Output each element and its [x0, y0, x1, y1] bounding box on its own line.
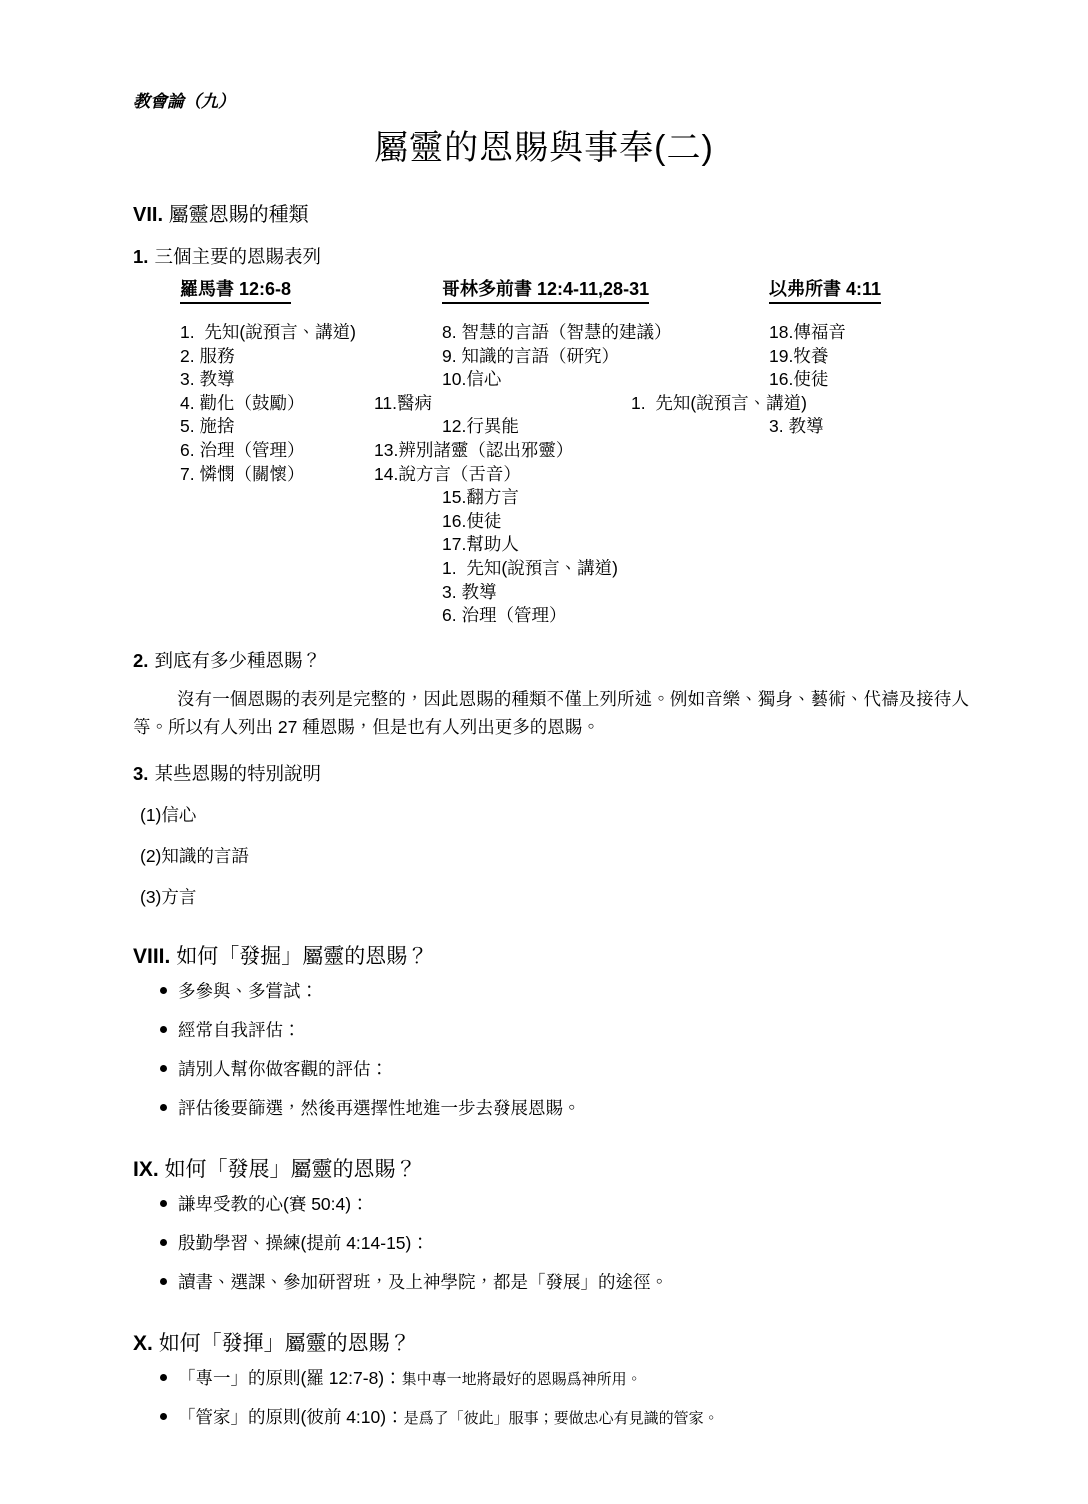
- gift-item: 3. 教導: [769, 415, 1004, 439]
- gift-item: 16.使徒: [769, 368, 1004, 392]
- gift-item: [769, 604, 1004, 628]
- bullet-icon: [160, 1413, 167, 1420]
- table-row: 17.幫助人: [180, 533, 1004, 557]
- gift-item: 3. 教導: [180, 368, 442, 392]
- bullet-item: 殷勤學習、操練(提前 4:14-15)：: [160, 1231, 1004, 1257]
- subsection-heading-1: 1.三個主要的恩賜表列: [133, 244, 1004, 269]
- bullet-item: 「管家」的原則(彼前 4:10)：是爲了「彼此」服事；要做忠心有見識的管家。: [160, 1405, 1004, 1431]
- gift-item: 8. 智慧的言語（智慧的建議）: [442, 321, 769, 345]
- column-header-corinthians: 哥林多前書 12:4-11,28-31: [442, 277, 769, 321]
- table-row: 5. 施捨 12.行異能 3. 教導: [180, 415, 1004, 439]
- document-page: 教會論（九） 屬靈的恩賜與事奉(二) VII. 屬靈恩賜的種類 1.三個主要的恩…: [0, 0, 1088, 1504]
- bullet-icon: [160, 1200, 167, 1207]
- bullet-label: 謙卑受教的心(賽 50:4)：: [178, 1194, 369, 1214]
- bullet-icon: [160, 1104, 167, 1111]
- table-row: 6. 治理（管理） 13.辨別諸靈（認出邪靈）: [180, 439, 1004, 463]
- section-title: 屬靈恩賜的種類: [169, 204, 309, 226]
- bullet-label: 殷勤學習、操練(提前 4:14-15)：: [178, 1233, 429, 1253]
- gift-item: 10.信心: [442, 368, 769, 392]
- gift-item: 2. 服務: [180, 345, 442, 369]
- gift-item: 1. 先知(說預言、講道): [180, 321, 442, 345]
- gift-item: 3. 教導: [442, 581, 769, 605]
- section-numeral: X.: [133, 1332, 153, 1355]
- bullet-label: 「管家」的原則(彼前 4:10)：: [178, 1407, 404, 1427]
- bullet-label: 評估後要篩選，然後再選擇性地進一步去發展恩賜。: [178, 1098, 581, 1118]
- table-row: 6. 治理（管理）: [180, 604, 1004, 628]
- gift-item: [180, 604, 442, 628]
- bullet-list-viii: 多參與、多嘗試： 經常自我評估： 請別人幫你做客觀的評估： 評估後要篩選，然後再…: [160, 979, 1004, 1122]
- gift-item: [180, 557, 442, 581]
- section-numeral: IX.: [133, 1158, 159, 1181]
- gift-item: 17.幫助人: [442, 533, 769, 557]
- gift-item: 14.說方言（舌音）: [374, 463, 769, 487]
- bullet-text: 集中專一地將最好的恩賜爲神所用。: [402, 1371, 642, 1388]
- table-row: 4. 勸化（鼓勵） 11.醫病 1. 先知(說預言、講道): [180, 392, 1004, 416]
- gifts-table: 羅馬書 12:6-8 哥林多前書 12:4-11,28-31 以弗所書 4:11…: [180, 277, 1004, 628]
- note-item: (1)信心: [140, 803, 1004, 827]
- gift-item: 12.行異能: [442, 415, 769, 439]
- bullet-icon: [160, 1026, 167, 1033]
- gift-item: [180, 510, 442, 534]
- gift-item: [769, 581, 1004, 605]
- note-item: (3)方言: [140, 885, 1004, 909]
- bullet-label: 讀書、選課、參加研習班，及上神學院，都是「發展」的途徑。: [178, 1272, 668, 1292]
- column-header-ephesians: 以弗所書 4:11: [769, 277, 1004, 321]
- gift-item: 16.使徒: [442, 510, 769, 534]
- bullet-icon: [160, 1065, 167, 1072]
- column-header-romans: 羅馬書 12:6-8: [180, 277, 442, 321]
- gift-item: 5. 施捨: [180, 415, 442, 439]
- gift-item: 1. 先知(說預言、講道): [631, 392, 1004, 416]
- bullet-item: 評估後要篩選，然後再選擇性地進一步去發展恩賜。: [160, 1096, 1004, 1122]
- subsection-heading-3: 3.某些恩賜的特別說明: [133, 761, 1004, 786]
- section-title: 如何「發展」屬靈的恩賜？: [165, 1158, 417, 1181]
- table-row: 3. 教導: [180, 581, 1004, 605]
- bullet-icon: [160, 1278, 167, 1285]
- subsection-title: 到底有多少種恩賜？: [154, 650, 321, 671]
- table-row: 15.翻方言: [180, 486, 1004, 510]
- gift-item: 6. 治理（管理）: [442, 604, 769, 628]
- numbered-note-list: (1)信心 (2)知識的言語 (3)方言: [140, 803, 1004, 909]
- gift-item: [180, 486, 442, 510]
- section-numeral: VIII.: [133, 945, 170, 968]
- gift-item: [769, 486, 1004, 510]
- subsection-number: 3.: [133, 763, 148, 784]
- bullet-text: 是爲了「彼此」服事；要做忠心有見識的管家。: [404, 1410, 719, 1427]
- section-title: 如何「發掘」屬靈的恩賜？: [176, 945, 428, 968]
- table-row: 16.使徒: [180, 510, 1004, 534]
- page-title: 屬靈的恩賜與事奉(二): [133, 128, 955, 168]
- bullet-label: 「專一」的原則(羅 12:7-8)：: [178, 1368, 402, 1388]
- subsection-title: 三個主要的恩賜表列: [154, 246, 321, 267]
- bullet-list-ix: 謙卑受教的心(賽 50:4)： 殷勤學習、操練(提前 4:14-15)： 讀書、…: [160, 1192, 1004, 1296]
- gift-item: [769, 557, 1004, 581]
- bullet-item: 請別人幫你做客觀的評估：: [160, 1057, 1004, 1083]
- section-title: 如何「發揮」屬靈的恩賜？: [159, 1332, 411, 1355]
- gift-item: 18.傳福音: [769, 321, 1004, 345]
- gift-item: [180, 581, 442, 605]
- gifts-table-body: 1. 先知(說預言、講道) 8. 智慧的言語（智慧的建議） 18.傳福音 2. …: [180, 321, 1004, 628]
- bullet-label: 經常自我評估：: [178, 1020, 301, 1040]
- body-paragraph: 沒有一個恩賜的表列是完整的，因此恩賜的種類不僅上列所述。例如音樂、獨身、藝術、代…: [133, 685, 969, 741]
- gift-item: 13.辨別諸靈（認出邪靈）: [374, 439, 769, 463]
- bullet-item: 謙卑受教的心(賽 50:4)：: [160, 1192, 1004, 1218]
- bullet-item: 「專一」的原則(羅 12:7-8)：集中專一地將最好的恩賜爲神所用。: [160, 1366, 1004, 1392]
- bullet-label: 多參與、多嘗試：: [178, 981, 318, 1001]
- subsection-heading-2: 2.到底有多少種恩賜？: [133, 648, 1004, 673]
- section-numeral: VII.: [133, 204, 163, 226]
- bullet-item: 多參與、多嘗試：: [160, 979, 1004, 1005]
- table-row: 3. 教導 10.信心 16.使徒: [180, 368, 1004, 392]
- gift-item: 9. 知識的言語（研究）: [442, 345, 769, 369]
- gift-item: [180, 533, 442, 557]
- subsection-number: 2.: [133, 650, 148, 671]
- bullet-icon: [160, 1239, 167, 1246]
- gift-item: 1. 先知(說預言、講道): [442, 557, 769, 581]
- gift-item: [769, 533, 1004, 557]
- gift-item: [769, 439, 1004, 463]
- section-heading-ix: IX. 如何「發展」屬靈的恩賜？: [133, 1156, 1004, 1183]
- bullet-icon: [160, 987, 167, 994]
- bullet-item: 經常自我評估：: [160, 1018, 1004, 1044]
- bullet-item: 讀書、選課、參加研習班，及上神學院，都是「發展」的途徑。: [160, 1270, 1004, 1296]
- subsection-number: 1.: [133, 246, 148, 267]
- gift-item: 19.牧養: [769, 345, 1004, 369]
- table-row: 1. 先知(說預言、講道): [180, 557, 1004, 581]
- note-item: (2)知識的言語: [140, 844, 1004, 868]
- doc-series-label: 教會論（九）: [133, 92, 1004, 112]
- section-heading-x: X. 如何「發揮」屬靈的恩賜？: [133, 1330, 1004, 1357]
- subsection-title: 某些恩賜的特別說明: [154, 763, 321, 784]
- gift-item: [769, 510, 1004, 534]
- gift-item: [769, 463, 1004, 487]
- table-row: 2. 服務 9. 知識的言語（研究） 19.牧養: [180, 345, 1004, 369]
- section-heading-viii: VIII. 如何「發掘」屬靈的恩賜？: [133, 943, 1004, 970]
- section-heading-vii: VII. 屬靈恩賜的種類: [133, 202, 1004, 229]
- gift-item: 15.翻方言: [442, 486, 769, 510]
- table-row: 7. 憐憫（關懷） 14.說方言（舌音）: [180, 463, 1004, 487]
- bullet-label: 請別人幫你做客觀的評估：: [178, 1059, 388, 1079]
- table-row: 1. 先知(說預言、講道) 8. 智慧的言語（智慧的建議） 18.傳福音: [180, 321, 1004, 345]
- bullet-icon: [160, 1374, 167, 1381]
- bullet-list-x: 「專一」的原則(羅 12:7-8)：集中專一地將最好的恩賜爲神所用。 「管家」的…: [160, 1366, 1004, 1431]
- gifts-table-header-row: 羅馬書 12:6-8 哥林多前書 12:4-11,28-31 以弗所書 4:11: [180, 277, 1004, 321]
